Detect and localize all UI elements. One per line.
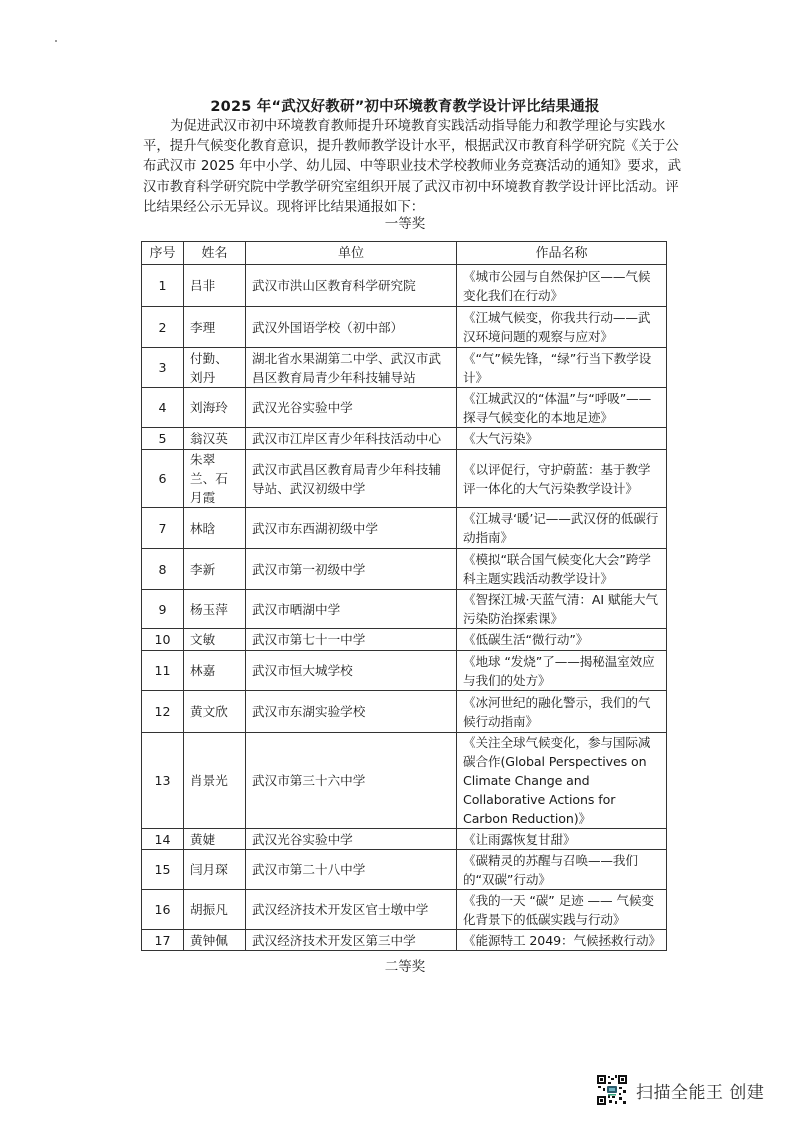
cell-name: 文敏	[184, 629, 246, 651]
cell-work: 《智探江城·天蓝气清：AI 赋能大气污染防治探索课》	[457, 590, 667, 629]
table-row: 10文敏武汉市第七十一中学《低碳生活“微行动”》	[142, 629, 667, 651]
cell-no: 15	[142, 850, 184, 890]
table-row: 3付勤、刘丹湖北省水果湖第二中学、武汉市武昌区教育局青少年科技辅导站《“气”候先…	[142, 348, 667, 388]
cell-work: 《江城武汉的“体温”与“呼吸”——探寻气候变化的本地足迹》	[457, 388, 667, 428]
cell-no: 9	[142, 590, 184, 629]
intro-line: 为促进武汉市初中环境教育教师提升环境教育实践活动指导能力和教学理论与实践水	[143, 117, 666, 137]
cell-no: 3	[142, 348, 184, 388]
cell-no: 14	[142, 829, 184, 850]
watermark-text: 扫描全能王 创建	[636, 1078, 764, 1103]
cell-unit: 武汉市东湖实验学校	[246, 691, 457, 733]
table-row: 16胡振凡武汉经济技术开发区官士墩中学《我的一天 “碳” 足迹 —— 气候变化背…	[142, 890, 667, 930]
cell-name: 吕非	[184, 265, 246, 307]
intro-paragraph: 为促进武汉市初中环境教育教师提升环境教育实践活动指导能力和教学理论与实践水 平，…	[143, 117, 666, 218]
table-row: 1吕非武汉市洪山区教育科学研究院《城市公园与自然保护区——气候变化我们在行动》	[142, 265, 667, 307]
table-row: 9杨玉萍武汉市晒湖中学《智探江城·天蓝气清：AI 赋能大气污染防治探索课》	[142, 590, 667, 629]
cell-work: 《模拟“联合国气候变化大会”跨学科主题实践活动教学设计》	[457, 549, 667, 590]
intro-line: 布武汉市 2025 年中小学、幼儿园、中等职业技术学校教师业务竞赛活动的通知》要…	[143, 157, 666, 177]
cell-name: 肖景光	[184, 733, 246, 829]
cell-no: 8	[142, 549, 184, 590]
header-work: 作品名称	[457, 242, 667, 265]
cell-unit: 武汉市第七十一中学	[246, 629, 457, 651]
scan-speck	[55, 40, 57, 42]
qr-code-icon	[596, 1074, 628, 1106]
cell-no: 13	[142, 733, 184, 829]
cell-unit: 武汉经济技术开发区官士墩中学	[246, 890, 457, 930]
cell-unit: 武汉市第二十八中学	[246, 850, 457, 890]
cell-name: 黄钟佩	[184, 930, 246, 951]
cell-name: 黄文欣	[184, 691, 246, 733]
table-row: 5翁汉英武汉市江岸区青少年科技活动中心《大气污染》	[142, 428, 667, 450]
intro-line: 汉市教育科学研究院中学教学研究室组织开展了武汉市初中环境教育教学设计评比活动。评	[143, 178, 666, 198]
cell-no: 6	[142, 450, 184, 508]
cell-name: 翁汉英	[184, 428, 246, 450]
first-prize-table: 序号 姓名 单位 作品名称 1吕非武汉市洪山区教育科学研究院《城市公园与自然保护…	[141, 241, 667, 951]
table-header-row: 序号 姓名 单位 作品名称	[142, 242, 667, 265]
cell-no: 5	[142, 428, 184, 450]
cell-no: 11	[142, 651, 184, 691]
cell-name: 付勤、刘丹	[184, 348, 246, 388]
table-row: 7林晗武汉市东西湖初级中学《江城寻‘暖’记——武汉伢的低碳行动指南》	[142, 508, 667, 549]
cell-work: 《城市公园与自然保护区——气候变化我们在行动》	[457, 265, 667, 307]
cell-work: 《我的一天 “碳” 足迹 —— 气候变化背景下的低碳实践与行动》	[457, 890, 667, 930]
cell-no: 17	[142, 930, 184, 951]
cell-unit: 武汉市第三十六中学	[246, 733, 457, 829]
scanner-watermark: 扫描全能王 创建	[596, 1072, 764, 1108]
cell-no: 12	[142, 691, 184, 733]
cell-name: 胡振凡	[184, 890, 246, 930]
cell-work: 《碳精灵的苏醒与召唤——我们的“双碳”行动》	[457, 850, 667, 890]
table-row: 14黄婕武汉光谷实验中学《让雨露恢复甘甜》	[142, 829, 667, 850]
cell-work: 《江城寻‘暖’记——武汉伢的低碳行动指南》	[457, 508, 667, 549]
cell-work: 《让雨露恢复甘甜》	[457, 829, 667, 850]
cell-no: 10	[142, 629, 184, 651]
cell-unit: 武汉市第一初级中学	[246, 549, 457, 590]
table-row: 8李新武汉市第一初级中学《模拟“联合国气候变化大会”跨学科主题实践活动教学设计》	[142, 549, 667, 590]
cell-unit: 武汉光谷实验中学	[246, 388, 457, 428]
cell-work: 《“气”候先锋，“绿”行当下教学设计》	[457, 348, 667, 388]
cell-unit: 武汉市东西湖初级中学	[246, 508, 457, 549]
cell-work: 《江城气候变，你我共行动——武汉环境问题的观察与应对》	[457, 307, 667, 348]
cell-unit: 武汉市武昌区教育局青少年科技辅导站、武汉初级中学	[246, 450, 457, 508]
table-row: 12黄文欣武汉市东湖实验学校《冰河世纪的融化警示，我们的气候行动指南》	[142, 691, 667, 733]
table-row: 2李理武汉外国语学校（初中部）《江城气候变，你我共行动——武汉环境问题的观察与应…	[142, 307, 667, 348]
cell-work: 《低碳生活“微行动”》	[457, 629, 667, 651]
cell-work: 《关注全球气候变化，参与国际减碳合作(Global Perspectives o…	[457, 733, 667, 829]
cell-name: 朱翠兰、石月霞	[184, 450, 246, 508]
cell-unit: 武汉市洪山区教育科学研究院	[246, 265, 457, 307]
cell-name: 李理	[184, 307, 246, 348]
cell-unit: 武汉市江岸区青少年科技活动中心	[246, 428, 457, 450]
table-row: 11林嘉武汉市恒大城学校《地球 “发烧”了——揭秘温室效应与我们的处方》	[142, 651, 667, 691]
cell-no: 16	[142, 890, 184, 930]
table-row: 15闫月琛武汉市第二十八中学《碳精灵的苏醒与召唤——我们的“双碳”行动》	[142, 850, 667, 890]
cell-work: 《能源特工 2049：气候拯救行动》	[457, 930, 667, 951]
cell-no: 2	[142, 307, 184, 348]
cell-name: 刘海玲	[184, 388, 246, 428]
cell-name: 林晗	[184, 508, 246, 549]
cell-no: 1	[142, 265, 184, 307]
cell-unit: 武汉市晒湖中学	[246, 590, 457, 629]
cell-unit: 武汉外国语学校（初中部）	[246, 307, 457, 348]
header-unit: 单位	[246, 242, 457, 265]
cell-unit: 武汉光谷实验中学	[246, 829, 457, 850]
intro-line: 平，提升气候变化教育意识，提升教师教学设计水平，根据武汉市教育科学研究院《关于公	[143, 137, 666, 157]
cell-unit: 湖北省水果湖第二中学、武汉市武昌区教育局青少年科技辅导站	[246, 348, 457, 388]
header-no: 序号	[142, 242, 184, 265]
cell-unit: 武汉经济技术开发区第三中学	[246, 930, 457, 951]
cell-no: 4	[142, 388, 184, 428]
table-row: 4刘海玲武汉光谷实验中学《江城武汉的“体温”与“呼吸”——探寻气候变化的本地足迹…	[142, 388, 667, 428]
cell-name: 杨玉萍	[184, 590, 246, 629]
table-row: 17黄钟佩武汉经济技术开发区第三中学《能源特工 2049：气候拯救行动》	[142, 930, 667, 951]
second-prize-heading: 二等奖	[140, 958, 670, 976]
header-name: 姓名	[184, 242, 246, 265]
cell-work: 《地球 “发烧”了——揭秘温室效应与我们的处方》	[457, 651, 667, 691]
first-prize-heading: 一等奖	[140, 215, 670, 233]
cell-name: 闫月琛	[184, 850, 246, 890]
cell-unit: 武汉市恒大城学校	[246, 651, 457, 691]
document-title: 2025 年“武汉好教研”初中环境教育教学设计评比结果通报	[140, 98, 670, 116]
cell-name: 黄婕	[184, 829, 246, 850]
cell-no: 7	[142, 508, 184, 549]
cell-name: 李新	[184, 549, 246, 590]
cell-work: 《大气污染》	[457, 428, 667, 450]
table-row: 13肖景光武汉市第三十六中学《关注全球气候变化，参与国际减碳合作(Global …	[142, 733, 667, 829]
cell-work: 《以评促行，守护蔚蓝：基于教学评一体化的大气污染教学设计》	[457, 450, 667, 508]
table-row: 6朱翠兰、石月霞武汉市武昌区教育局青少年科技辅导站、武汉初级中学《以评促行，守护…	[142, 450, 667, 508]
cell-work: 《冰河世纪的融化警示，我们的气候行动指南》	[457, 691, 667, 733]
cell-name: 林嘉	[184, 651, 246, 691]
